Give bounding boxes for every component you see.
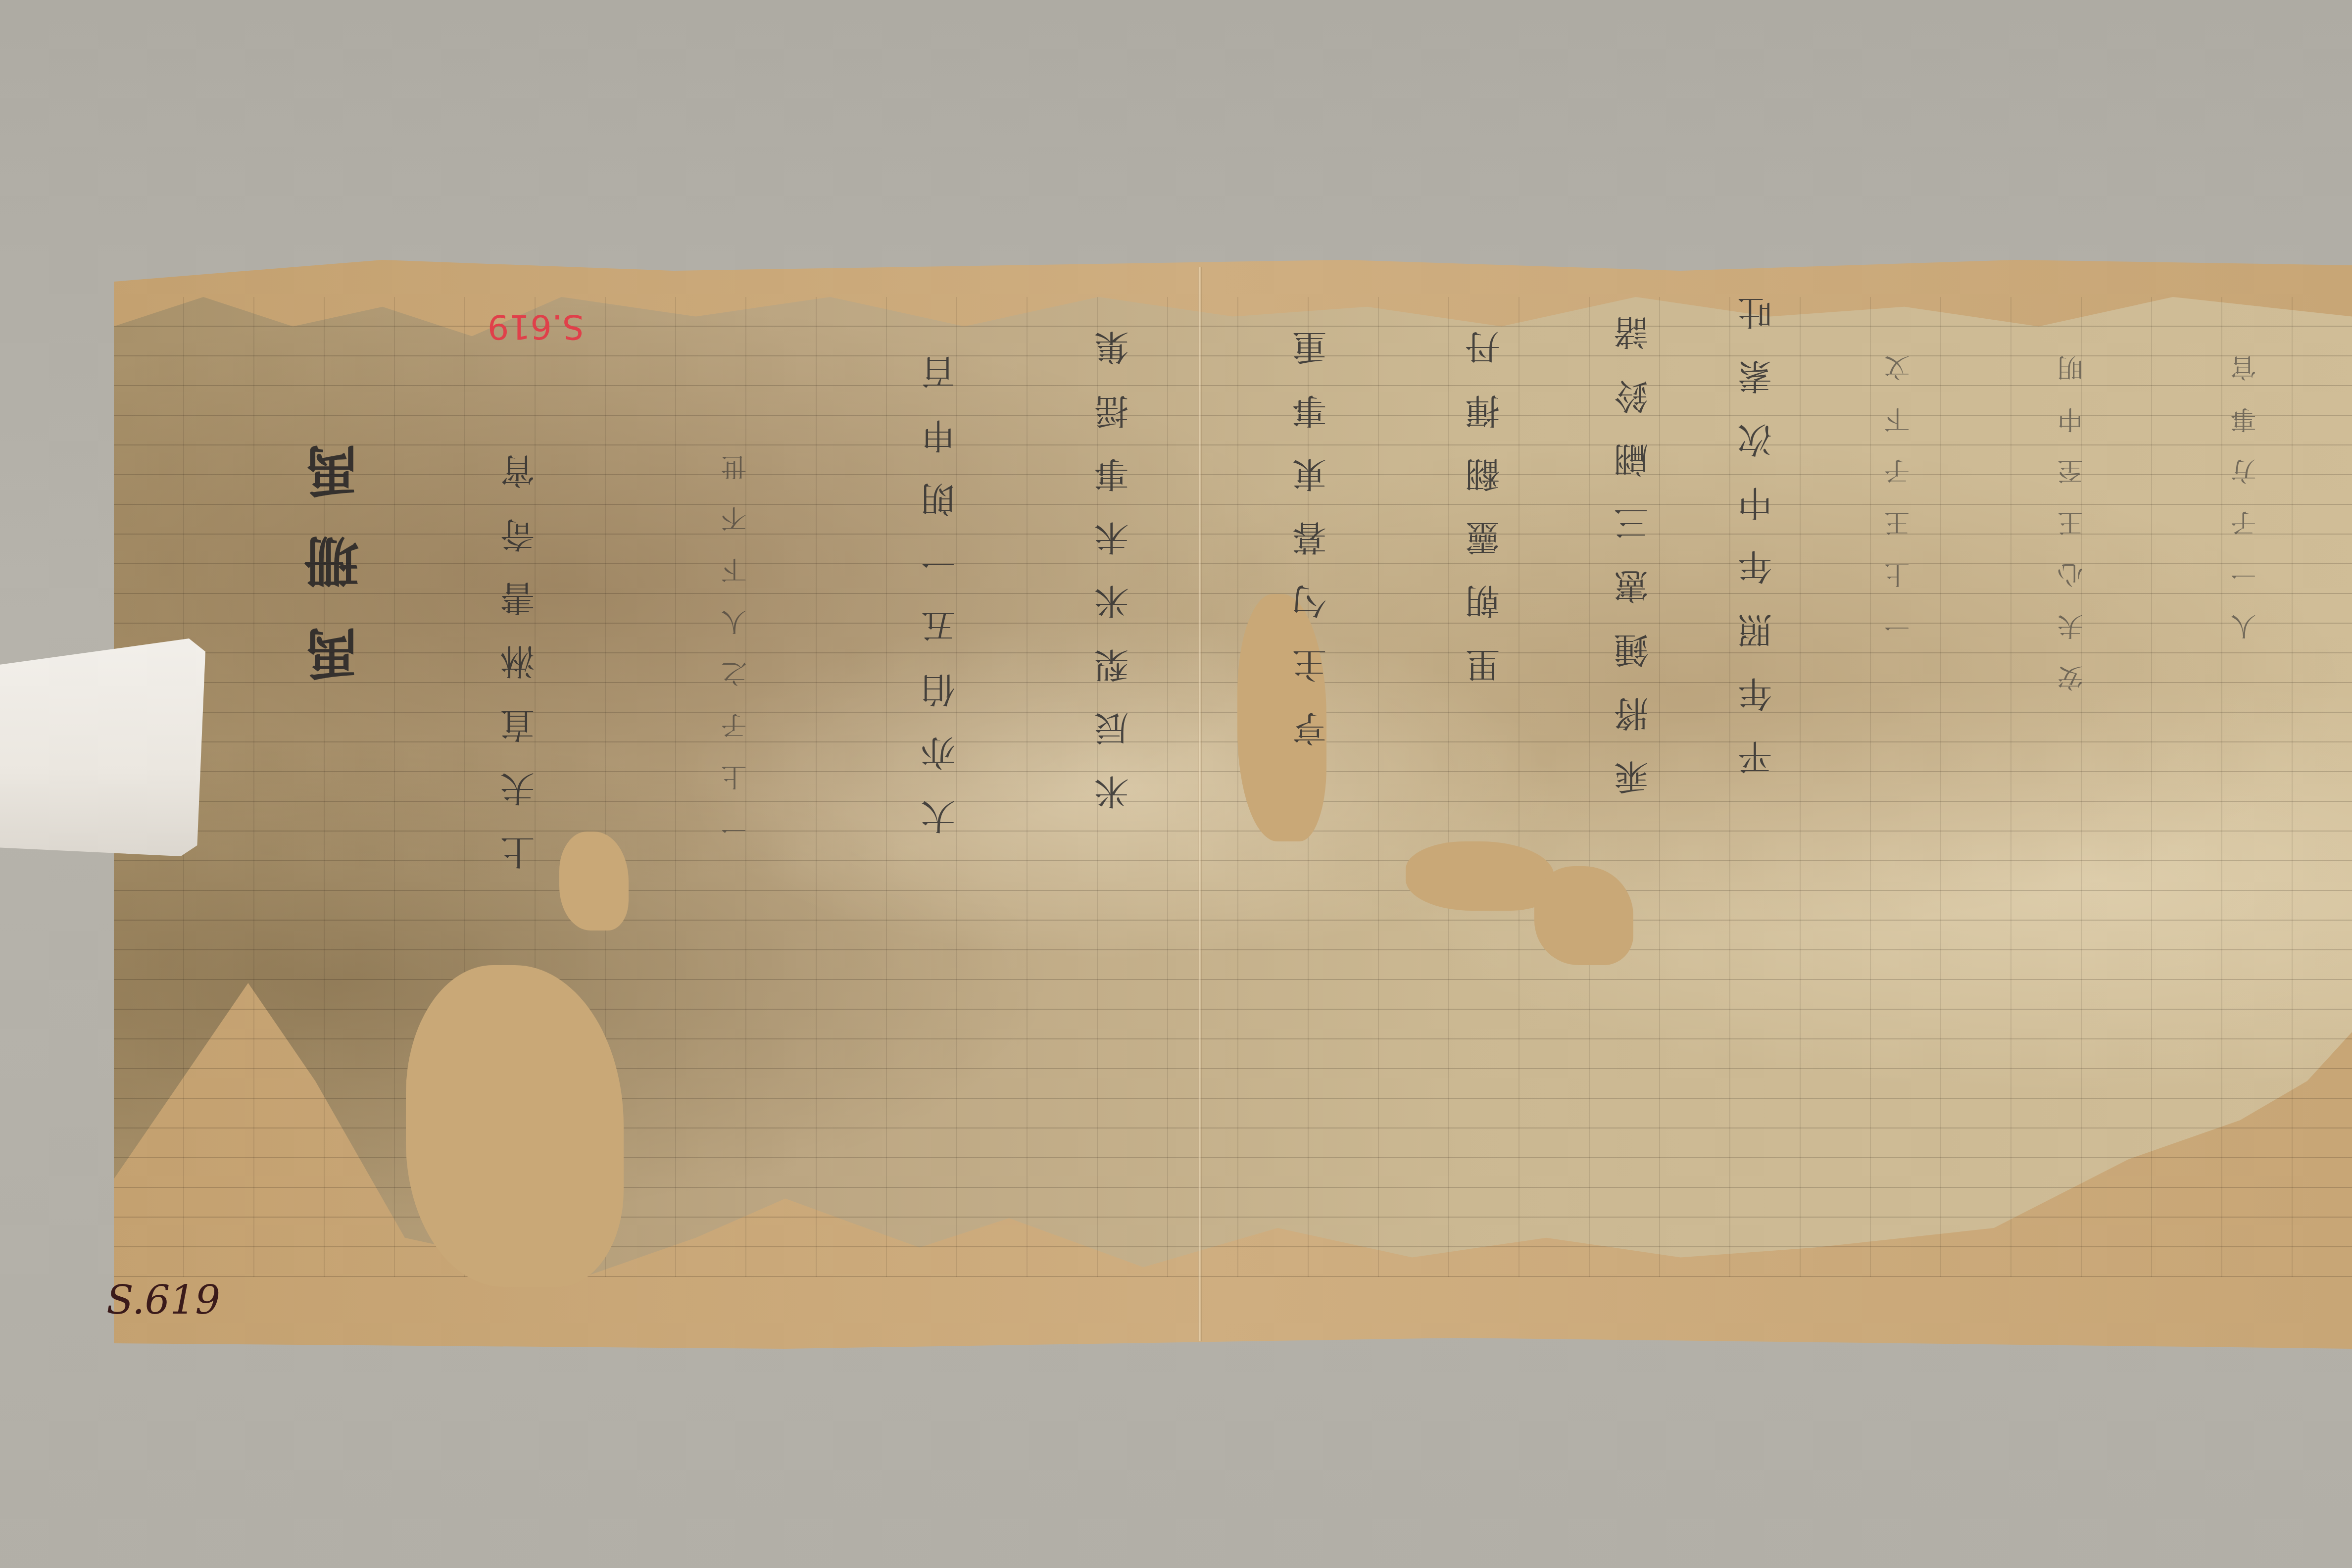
text-column: 亨 主 勺 暮 東 事 重 (1287, 322, 1337, 746)
cloth-weight (0, 638, 205, 856)
text-column: 一 上 王 子 下 文 (1881, 346, 1918, 640)
paper-loss-1 (406, 965, 624, 1287)
paper-loss-2 (559, 832, 629, 931)
text-column: 乘 將 鍾 憲 三 翩 鈴 諸 (1609, 307, 1659, 795)
red-catalog-label: S.619 (488, 307, 584, 346)
paper-loss-4 (1406, 841, 1554, 911)
paper-loss-5 (1534, 866, 1633, 965)
text-column: 人 一 子 方 事 官 (2227, 346, 2264, 640)
text-column: 上 夫 直 淋 書 奇 宵 (495, 445, 545, 870)
ink-catalog-label: S.619 (106, 1277, 220, 1323)
text-column: 平 年 照 年 中 次 素 吐 (1732, 287, 1782, 775)
text-column: 一 上 子 之 人 下 不 世 (718, 445, 755, 842)
text-column: 禹 珊 禹 (297, 436, 375, 682)
text-column: 米 辰 梨 米 未 事 揺 集 (1089, 322, 1139, 810)
text-column: 里 朝 靈 翻 揮 丹 (1460, 322, 1510, 683)
text-column: 安 夫 心 王 至 中 明 (2054, 346, 2091, 691)
sheet-seam (1198, 267, 1202, 1341)
text-column: 大 亦 伯 五 一 朗 申 百 (916, 346, 966, 834)
